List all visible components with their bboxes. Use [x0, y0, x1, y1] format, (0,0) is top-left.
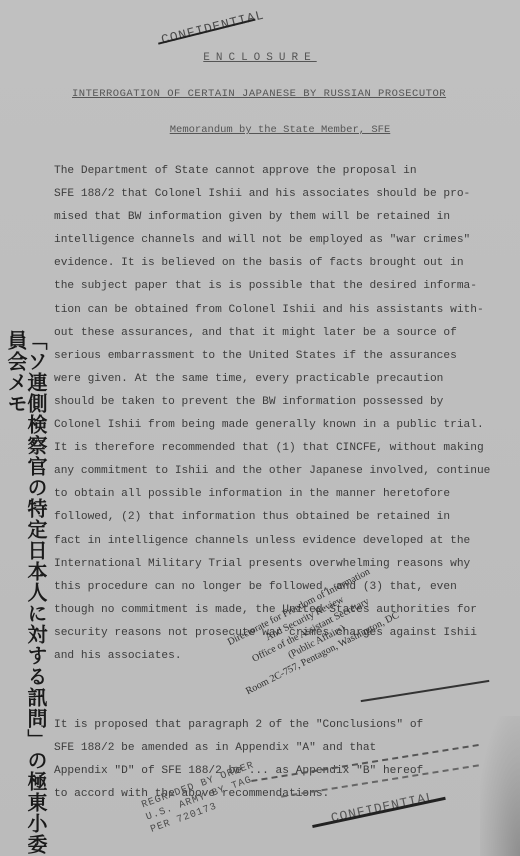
enclosure-heading: ENCLOSURE: [0, 52, 520, 64]
text-line: It is therefore recommended that (1) tha…: [54, 437, 520, 460]
confidential-stamp-top: CONFIDENTIAL: [160, 7, 266, 47]
strikethrough-mark: [361, 680, 490, 702]
text-line: Colonel Ishii from being made generally …: [54, 414, 520, 437]
text-line: International Military Trial presents ov…: [54, 553, 520, 576]
paragraph-1: The Department of State cannot approve t…: [54, 160, 520, 668]
document-subtitle: Memorandum by the State Member, SFE: [0, 124, 520, 136]
page-edge-shadow: [480, 716, 520, 856]
text-line: Appendix "D" of SFE 188/2 be ... as Appe…: [54, 760, 520, 783]
text-line: out these assurances, and that it might …: [54, 322, 520, 345]
text-line: fact in intelligence channels unless evi…: [54, 530, 520, 553]
text-line: intelligence channels and will not be em…: [54, 229, 520, 252]
text-line: SFE 188/2 that Colonel Ishii and his ass…: [54, 183, 520, 206]
text-line: the subject paper that is is possible th…: [54, 275, 520, 298]
text-line: should be taken to prevent the BW inform…: [54, 391, 520, 414]
paragraph-2: It is proposed that paragraph 2 of the "…: [54, 714, 520, 806]
text-line: this procedure can no longer be followed…: [54, 576, 520, 599]
text-line: tion can be obtained from Colonel Ishii …: [54, 299, 520, 322]
text-line: The Department of State cannot approve t…: [54, 160, 520, 183]
text-line: were given. At the same time, every prac…: [54, 368, 520, 391]
text-line: to obtain all possible information in th…: [54, 483, 520, 506]
document-title: INTERROGATION OF CERTAIN JAPANESE BY RUS…: [72, 88, 446, 100]
text-line: evidence. It is believed on the basis of…: [54, 252, 520, 275]
text-line: any commitment to Ishii and the other Ja…: [54, 460, 520, 483]
japanese-vertical-caption: 「ソ連側検察官の特定日本人に対する訊問」の極東小委員会メモ: [6, 330, 46, 856]
document-page: CONFIDENTIAL ENCLOSURE INTERROGATION OF …: [0, 0, 520, 856]
text-line: followed, (2) that information thus obta…: [54, 506, 520, 529]
text-line: mised that BW information given by them …: [54, 206, 520, 229]
text-line: serious embarrassment to the United Stat…: [54, 345, 520, 368]
text-line: It is proposed that paragraph 2 of the "…: [54, 714, 520, 737]
